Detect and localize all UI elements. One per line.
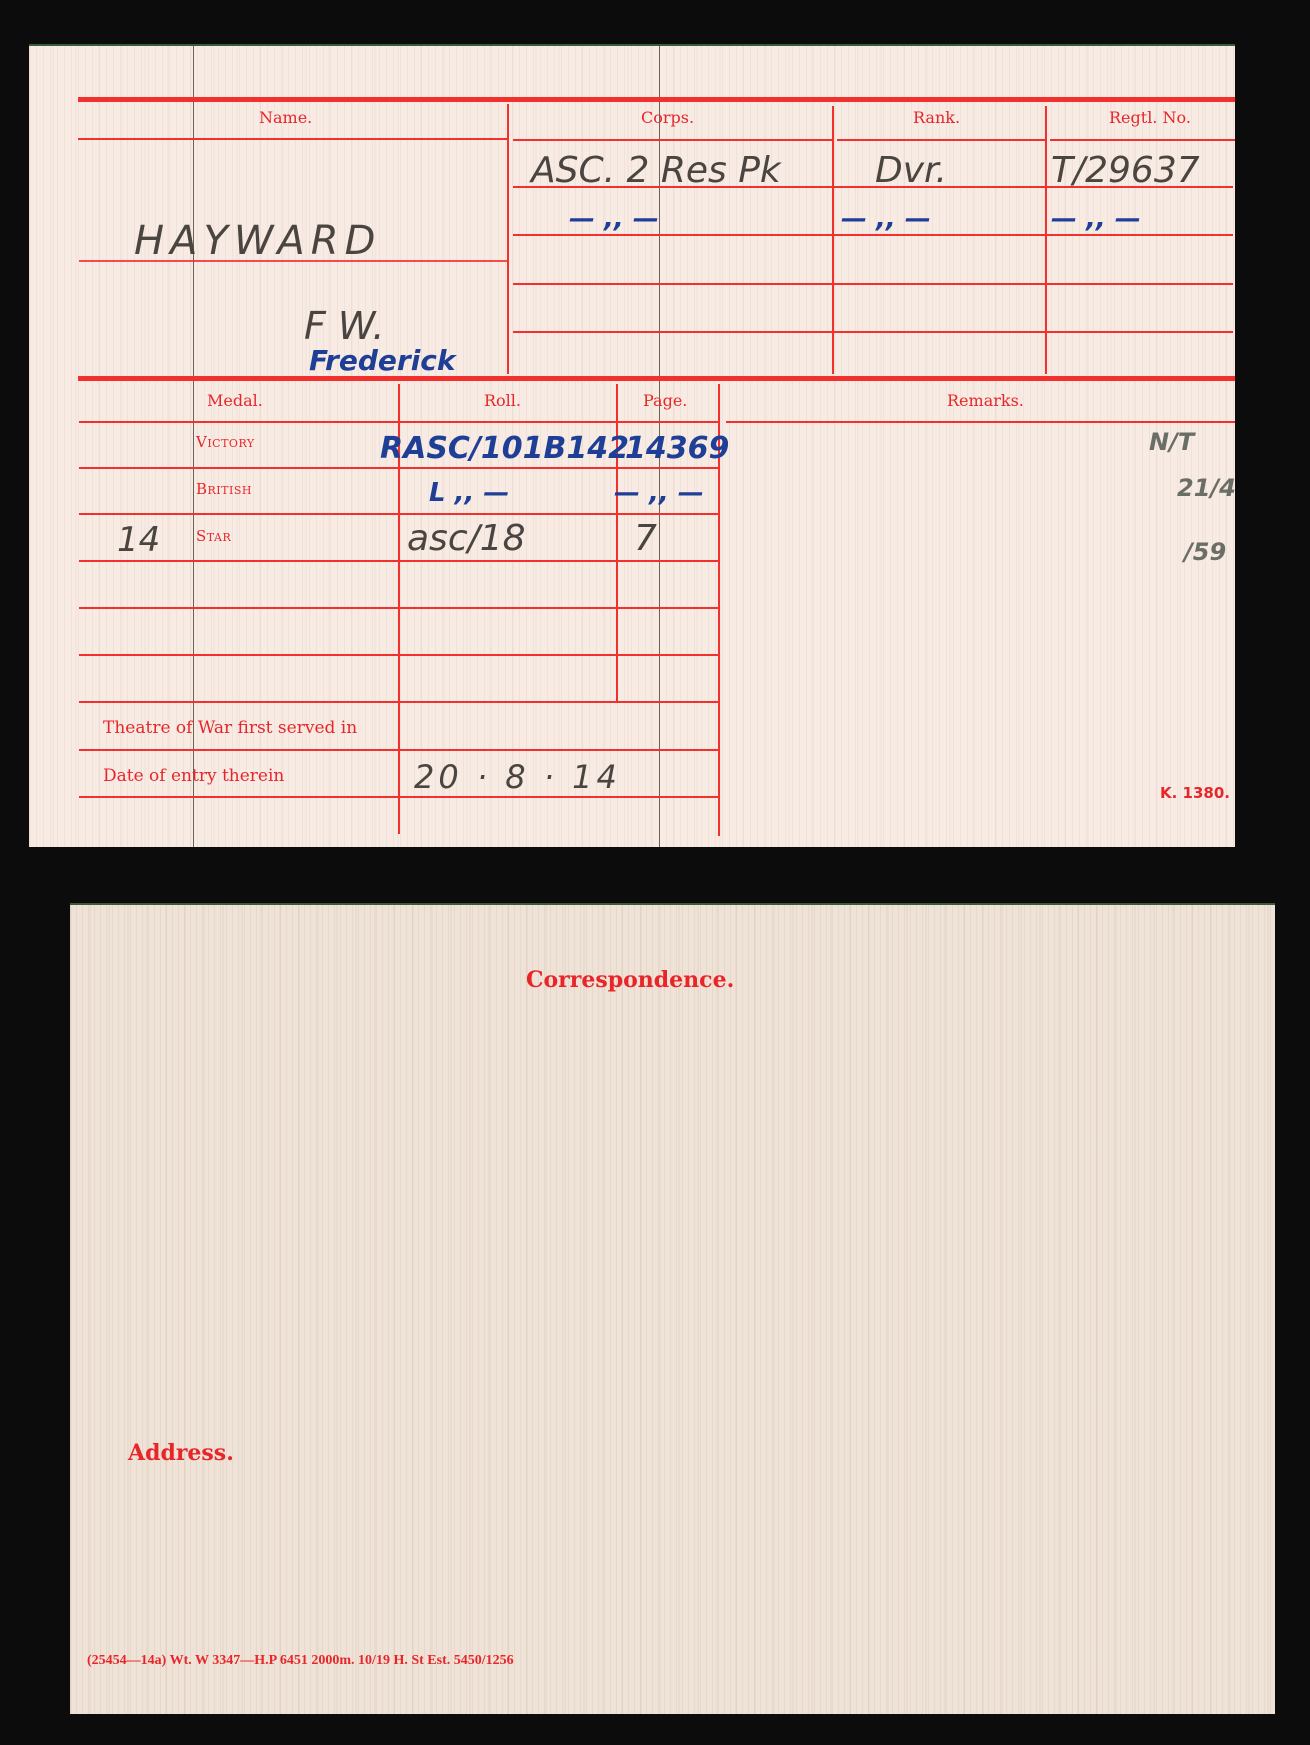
regtl-no-value: T/29637 [1051,150,1200,191]
regtl-ditto: — ,, — [1051,204,1141,234]
rank-value: Dvr. [875,150,947,191]
victory-roll: RASC/101B142 [380,431,629,466]
rule [79,654,719,656]
corps-header: Corps. [641,108,694,127]
rule [79,421,719,423]
medal-header: Medal. [207,391,263,410]
date-entry-label: Date of entry therein [103,766,284,786]
correspondence-heading: Correspondence. [526,967,734,993]
rank-divider [832,106,834,374]
medal-card-front: Name. Corps. Rank. Regtl. No. HAYWARD F … [29,44,1235,847]
section-rule [78,376,1235,381]
rule [79,607,719,609]
star-page: 7 [634,518,657,559]
rule [79,749,719,751]
top-rule [78,97,1235,102]
corps-divider [507,104,509,374]
remarks-header: Remarks. [947,391,1024,410]
rule [837,139,1045,141]
address-heading: Address. [128,1440,234,1466]
medal-victory: Victory [196,433,255,451]
name-header: Name. [259,108,312,127]
medal-star: Star [196,527,231,545]
printer-imprint: (25454—14a) Wt. W 3347—H.P 6451 2000m. 1… [87,1653,514,1669]
rule [1050,139,1235,141]
rule [513,331,1233,333]
rule [513,283,1233,285]
initials-value: F W. [304,304,385,348]
roll-header: Roll. [484,391,521,410]
theatre-label: Theatre of War first served in [103,718,357,738]
rule [513,139,833,141]
victory-page: 14369 [625,431,729,466]
rule [79,513,719,515]
rule [78,138,508,140]
british-roll: L ,, — [429,478,509,508]
star-prefix: 14 [117,520,160,560]
rule [79,467,719,469]
corps-ditto: — ,, — [569,204,659,234]
medal-card-back: Correspondence. Address. (25454—14a) Wt.… [70,903,1275,1714]
rule [79,560,719,562]
surname-value: HAYWARD [134,218,381,264]
medal-british: British [196,480,252,498]
page-header: Page. [643,391,687,410]
remarks-note-1: N/T [1149,428,1194,456]
date-entry-value: 20 · 8 · 14 [414,758,621,796]
rule [726,421,1235,423]
rule [79,796,719,798]
regtl-divider [1045,106,1047,374]
forename-annotation: Frederick [309,344,456,377]
rank-header: Rank. [913,108,960,127]
rank-ditto: — ,, — [841,204,931,234]
corps-value: ASC. 2 Res Pk [531,150,781,191]
star-roll: asc/18 [407,518,526,559]
rule [513,234,1233,236]
form-number: K. 1380. [1160,784,1230,802]
remarks-note-2: 21/4 [1177,474,1236,502]
regtl-no-header: Regtl. No. [1109,108,1191,127]
british-page: — ,, — [614,478,704,508]
remarks-note-3: /59 [1184,538,1226,566]
rule [79,701,719,703]
